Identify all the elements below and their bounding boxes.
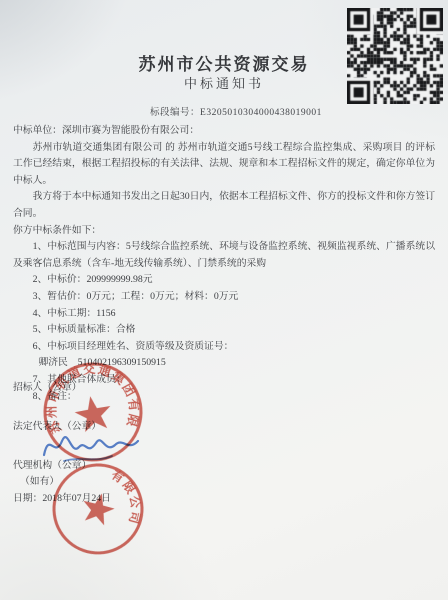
condition-item-manager: 6、中标项目经理姓名、资质等级及资质证号： (13, 339, 435, 356)
section-number-value: E3205010304000438019001 (200, 108, 322, 118)
award-notice-document: 苏州市公共资源交易 中标通知书 标段编号：E320501030400043801… (0, 0, 448, 600)
doc-title: 中标通知书 (0, 73, 448, 92)
conditions-intro: 你方中标条件如下： (13, 223, 435, 240)
award-result-paragraph: 苏州市轨道交通集团有限公司 的 苏州市轨道交通5号线工程综合监控集成、采购项目 … (13, 140, 435, 190)
contract-paragraph: 我方将于本中标通知书发出之日起30日内，依据本工程招标文件、你方的投标文件和你方… (13, 189, 435, 222)
condition-item-scope: 1、中标范围与内容：5号线综合监控系统、环境与设备监控系统、视频监视系统、广播系… (13, 239, 435, 272)
section-number-label: 标段编号： (150, 108, 200, 118)
condition-item-estimate: 3、暂估价：0万元；工程：0万元；材料：0万元 (13, 289, 435, 306)
condition-item-duration: 4、中标工期：1156 (13, 306, 435, 323)
condition-item-quality: 5、中标质量标准：合格 (13, 322, 435, 339)
svg-text:有限公司: 有限公司 (99, 465, 152, 527)
agency-stamp-text: 有限公司 (99, 465, 152, 527)
star-icon (79, 490, 117, 527)
condition-item-price: 2、中标价：209999999.98元 (13, 272, 435, 289)
winner-line: 中标单位：深圳市赛为智能股份有限公司： (13, 123, 435, 140)
section-number-row: 标段编号：E3205010304000438019001 (150, 104, 322, 118)
org-title: 苏州市公共资源交易 (0, 50, 448, 75)
